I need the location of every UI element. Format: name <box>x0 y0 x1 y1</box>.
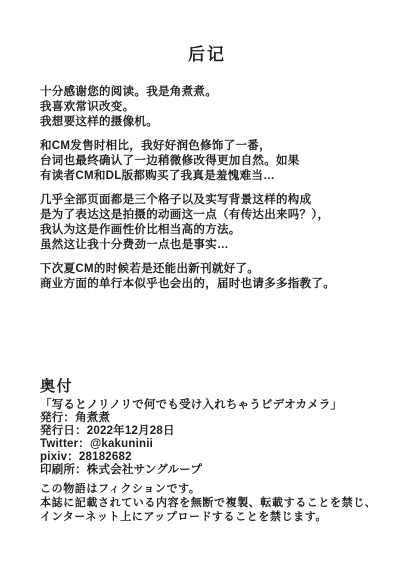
colophon-heading: 奥付 <box>40 378 374 396</box>
disclaimer-line: インターネット上にアップロードすることを禁じます。 <box>40 510 374 524</box>
disclaimer-line: 本誌に記載されている内容を無断で複製、転載することを禁じ、 <box>40 496 374 510</box>
colophon-publisher: 発行：角煮煮 <box>40 412 374 425</box>
afterword-paragraph-4: 下次夏CM的时候若是还能出新刊就好了。 商业方面的单行本似乎也会出的，届时也请多… <box>40 262 374 292</box>
text-line: 商业方面的单行本似乎也会出的，届时也请多多指教了。 <box>40 277 374 292</box>
afterword-page: 后记 十分感谢您的阅读。我是角煮煮。 我喜欢常识改变。 我想要这样的摄像机。 和… <box>0 0 400 565</box>
text-line: 是为了表达这是拍摄的动画这一点（有传达出来吗？）， <box>40 208 374 223</box>
text-line: 我喜欢常识改变。 <box>40 100 374 115</box>
text-line: 十分感谢您的阅读。我是角煮煮。 <box>40 85 374 100</box>
text-line: 我想要这样的摄像机。 <box>40 115 374 130</box>
afterword-paragraph-3: 几乎全部页面都是三个格子以及实写背景这样的构成 是为了表达这是拍摄的动画这一点（… <box>40 193 374 253</box>
colophon-twitter: Twitter：@kakuninii <box>40 438 374 451</box>
text-line: 我认为这是作画性价比相当高的方法。 <box>40 223 374 238</box>
afterword-paragraph-2: 和CM发售时相比，我好好润色修饰了一番， 台词也最终确认了一边稍微修改得更加自然… <box>40 139 374 184</box>
text-line: 几乎全部页面都是三个格子以及实写背景这样的构成 <box>40 193 374 208</box>
colophon-pixiv: pixiv：28182682 <box>40 451 374 464</box>
colophon-publish-date: 発行日：2022年12月28日 <box>40 425 374 438</box>
text-line: 虽然这让我十分费劲一点也是事实… <box>40 238 374 253</box>
disclaimer-line: この物語はフィクションです。 <box>40 482 374 496</box>
text-line: 下次夏CM的时候若是还能出新刊就好了。 <box>40 262 374 277</box>
colophon-printer: 印刷所：株式会社サングループ <box>40 464 374 477</box>
text-line: 有读者CM和DL版都购买了我真是羞愧难当… <box>40 169 374 184</box>
text-line: 台词也最终确认了一边稍微修改得更加自然。如果 <box>40 154 374 169</box>
page-title: 后记 <box>40 44 374 65</box>
afterword-paragraph-1: 十分感谢您的阅读。我是角煮煮。 我喜欢常识改变。 我想要这样的摄像机。 <box>40 85 374 130</box>
colophon-book-title: 「写るとノリノリで何でも受け入れちゃうビデオカメラ」 <box>40 399 374 412</box>
disclaimer-section: この物語はフィクションです。 本誌に記載されている内容を無断で複製、転載すること… <box>40 482 374 524</box>
colophon-section: 奥付 「写るとノリノリで何でも受け入れちゃうビデオカメラ」 発行：角煮煮 発行日… <box>40 378 374 477</box>
text-line: 和CM发售时相比，我好好润色修饰了一番， <box>40 139 374 154</box>
